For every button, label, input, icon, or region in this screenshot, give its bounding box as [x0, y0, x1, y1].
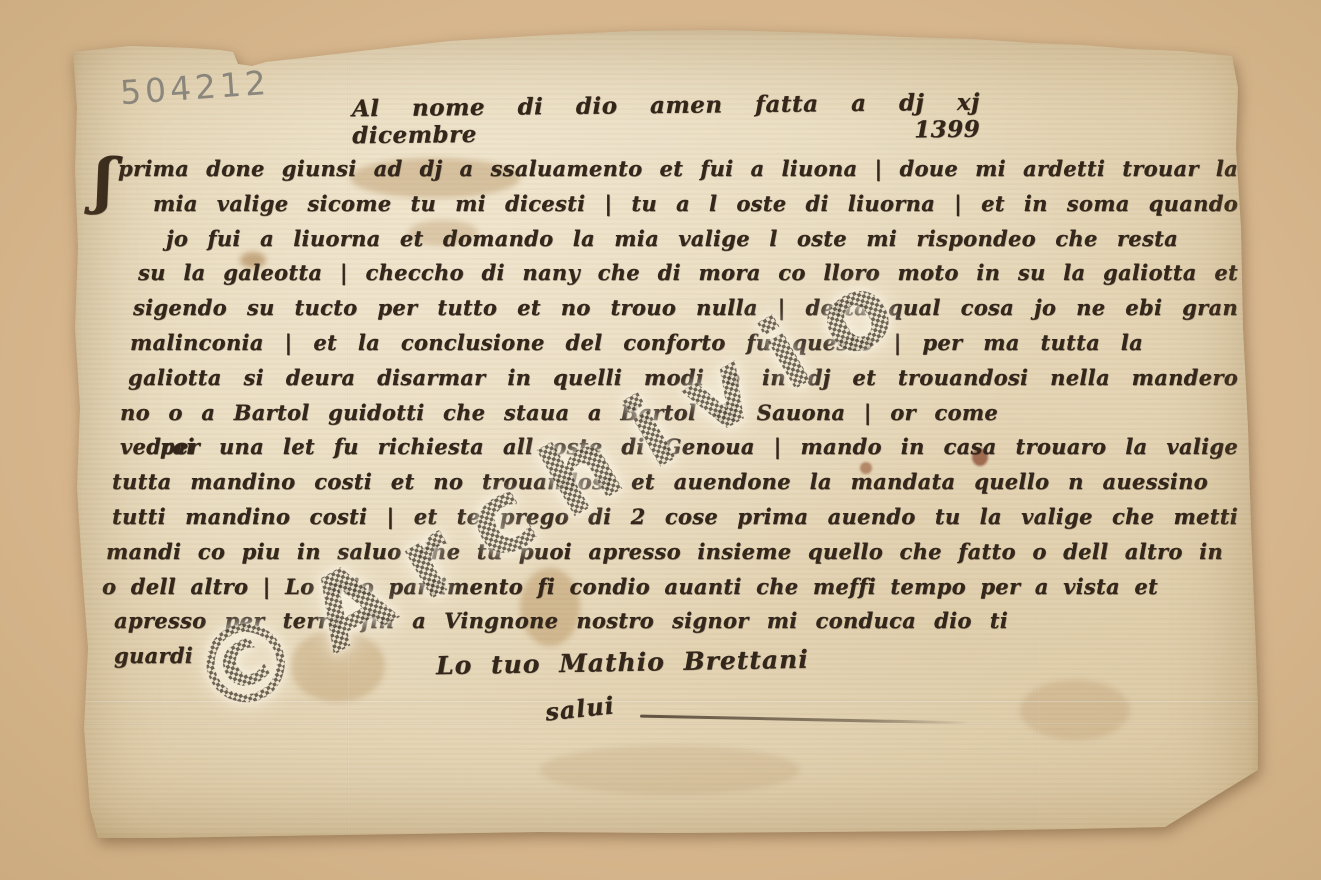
manuscript-line: jo fui a liuorna et domando la mia valig…	[98, 222, 1178, 257]
signature-flourish-text: salui	[544, 690, 616, 726]
manuscript-paper: 504212 Al nome di dio amen fatta a dj xj…	[70, 28, 1260, 840]
manuscript-scan: { "scan": { "archive_number": "504212", …	[0, 0, 1321, 880]
stain	[540, 745, 800, 795]
manuscript-line: prima done giunsi ad dj a ssaluamento et…	[98, 152, 1238, 187]
manuscript-line: malinconia | et la conclusione del confo…	[98, 326, 1143, 361]
manuscript-line: mia valige sicome tu mi dicesti | tu a l…	[98, 187, 1238, 222]
stain	[1020, 680, 1130, 740]
manuscript-line: su la galeotta | checcho di nany che di …	[98, 256, 1238, 291]
manuscript-line: sigendo su tucto per tutto et no trouo n…	[98, 291, 1238, 326]
archive-number: 504212	[119, 63, 271, 112]
signature-name: Lo tuo Mathio Brettani	[436, 645, 809, 681]
letter-heading: Al nome di dio amen fatta a dj xj dicemb…	[352, 89, 981, 150]
manuscript-line: mandi co piu in saluo che tu puoi apress…	[98, 535, 1223, 570]
paper-sheet: 504212 Al nome di dio amen fatta a dj xj…	[70, 28, 1260, 840]
pen-flourish	[640, 715, 970, 725]
manuscript-line: tutti mandino costi | et te prego di 2 c…	[98, 500, 1238, 535]
